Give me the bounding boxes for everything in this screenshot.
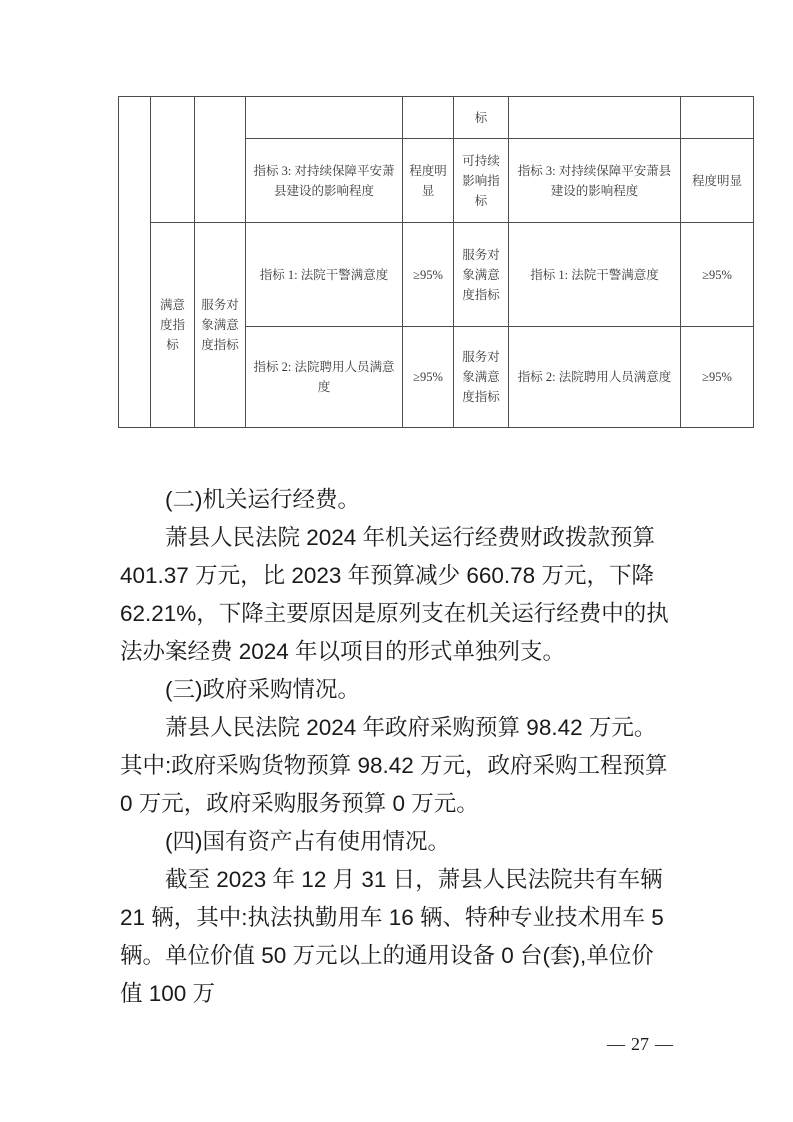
indicator-category-cell: 标: [454, 97, 509, 139]
indicator-name-cell: 指标 1: 法院干警满意度: [246, 223, 403, 327]
indicator-name-cell: 指标 3: 对持续保障平安萧县建设的影响程度: [246, 139, 403, 223]
paragraph-heading: (三)政府采购情况。: [120, 671, 676, 709]
indicator-name-cell: 指标 2: 法院聘用人员满意度: [509, 327, 681, 428]
service-group-cell: 服务对象满意度指标: [195, 223, 246, 428]
paragraph-heading: (二)机关运行经费。: [120, 481, 676, 519]
indicator-name-cell: [509, 97, 681, 139]
page-footer: —27—: [607, 1034, 673, 1054]
table-cell-subgroup-continued: [195, 97, 246, 223]
page: 标 指标 3: 对持续保障平安萧县建设的影响程度 程度明显 可持续影响指标 指标…: [0, 0, 793, 1122]
indicator-name-cell: [246, 97, 403, 139]
indicator-target-cell: ≥95%: [403, 327, 454, 428]
indicator-category-cell: 可持续影响指标: [454, 139, 509, 223]
table-row: 标: [119, 97, 754, 139]
footer-dash-right: —: [655, 1034, 673, 1054]
satisfaction-group-cell: 满意度指标: [151, 223, 195, 428]
indicator-target-cell: ≥95%: [403, 223, 454, 327]
indicator-target-cell: ≥95%: [681, 327, 754, 428]
paragraph: 萧县人民法院 2024 年机关运行经费财政拨款预算 401.37 万元，比 20…: [120, 519, 676, 671]
indicator-target-cell: 程度明显: [681, 139, 754, 223]
indicator-target-cell: 程度明显: [403, 139, 454, 223]
table-cell-left-spacer: [119, 97, 151, 428]
footer-dash-left: —: [607, 1034, 625, 1054]
paragraph: 截至 2023 年 12 月 31 日，萧县人民法院共有车辆 21 辆，其中:执…: [120, 861, 676, 1013]
indicator-name-cell: 指标 3: 对持续保障平安萧县建设的影响程度: [509, 139, 681, 223]
performance-indicators-table: 标 指标 3: 对持续保障平安萧县建设的影响程度 程度明显 可持续影响指标 指标…: [118, 96, 754, 428]
indicator-target-cell: [403, 97, 454, 139]
table-cell-group-continued: [151, 97, 195, 223]
table-row: 满意度指标 服务对象满意度指标 指标 1: 法院干警满意度 ≥95% 服务对象满…: [119, 223, 754, 327]
page-number: 27: [631, 1034, 649, 1054]
body-text: (二)机关运行经费。 萧县人民法院 2024 年机关运行经费财政拨款预算 401…: [120, 481, 676, 1013]
indicator-category-cell: 服务对象满意度指标: [454, 223, 509, 327]
indicator-category-cell: 服务对象满意度指标: [454, 327, 509, 428]
indicator-target-cell: [681, 97, 754, 139]
indicator-name-cell: 指标 2: 法院聘用人员满意度: [246, 327, 403, 428]
document-page: { "table": { "left_col": "", "cont_b": "…: [0, 0, 793, 1122]
indicator-target-cell: ≥95%: [681, 223, 754, 327]
paragraph: 萧县人民法院 2024 年政府采购预算 98.42 万元。其中:政府采购货物预算…: [120, 709, 676, 823]
indicator-name-cell: 指标 1: 法院干警满意度: [509, 223, 681, 327]
paragraph-heading: (四)国有资产占有使用情况。: [120, 823, 676, 861]
